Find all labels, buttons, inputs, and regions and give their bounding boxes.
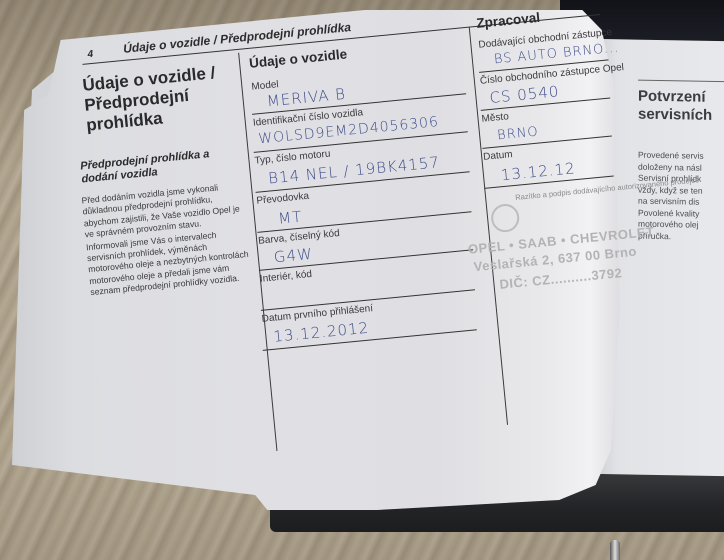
field-value-transmission[interactable]: MT xyxy=(277,208,303,228)
body-text: Před dodáním vozidla jsme vykonali důkla… xyxy=(81,180,255,300)
field-label-interior: Interiér, kód xyxy=(259,269,312,285)
vehicle-data-heading: Údaje o vozidle xyxy=(248,46,347,70)
page-number: 4 xyxy=(87,49,94,60)
section-title: Údaje o vozidle / Předprodejní prohlídka xyxy=(82,63,220,135)
page-content: 4 Údaje o vozidle / Předprodejní prohlíd… xyxy=(0,0,724,560)
processed-by-heading: Zpracoval xyxy=(476,10,541,31)
field-value-color[interactable]: G4W xyxy=(273,245,314,267)
field-value-city[interactable]: BRNO xyxy=(497,124,540,143)
pen-tip xyxy=(610,540,620,560)
field-label-city: Město xyxy=(481,111,509,125)
field-label-transmission: Převodovka xyxy=(256,191,310,207)
field-label-date: Datum xyxy=(483,149,513,163)
subsection-title: Předprodejní prohlídka a dodání vozidla xyxy=(80,148,211,186)
stamp-logo-icon xyxy=(490,203,521,234)
